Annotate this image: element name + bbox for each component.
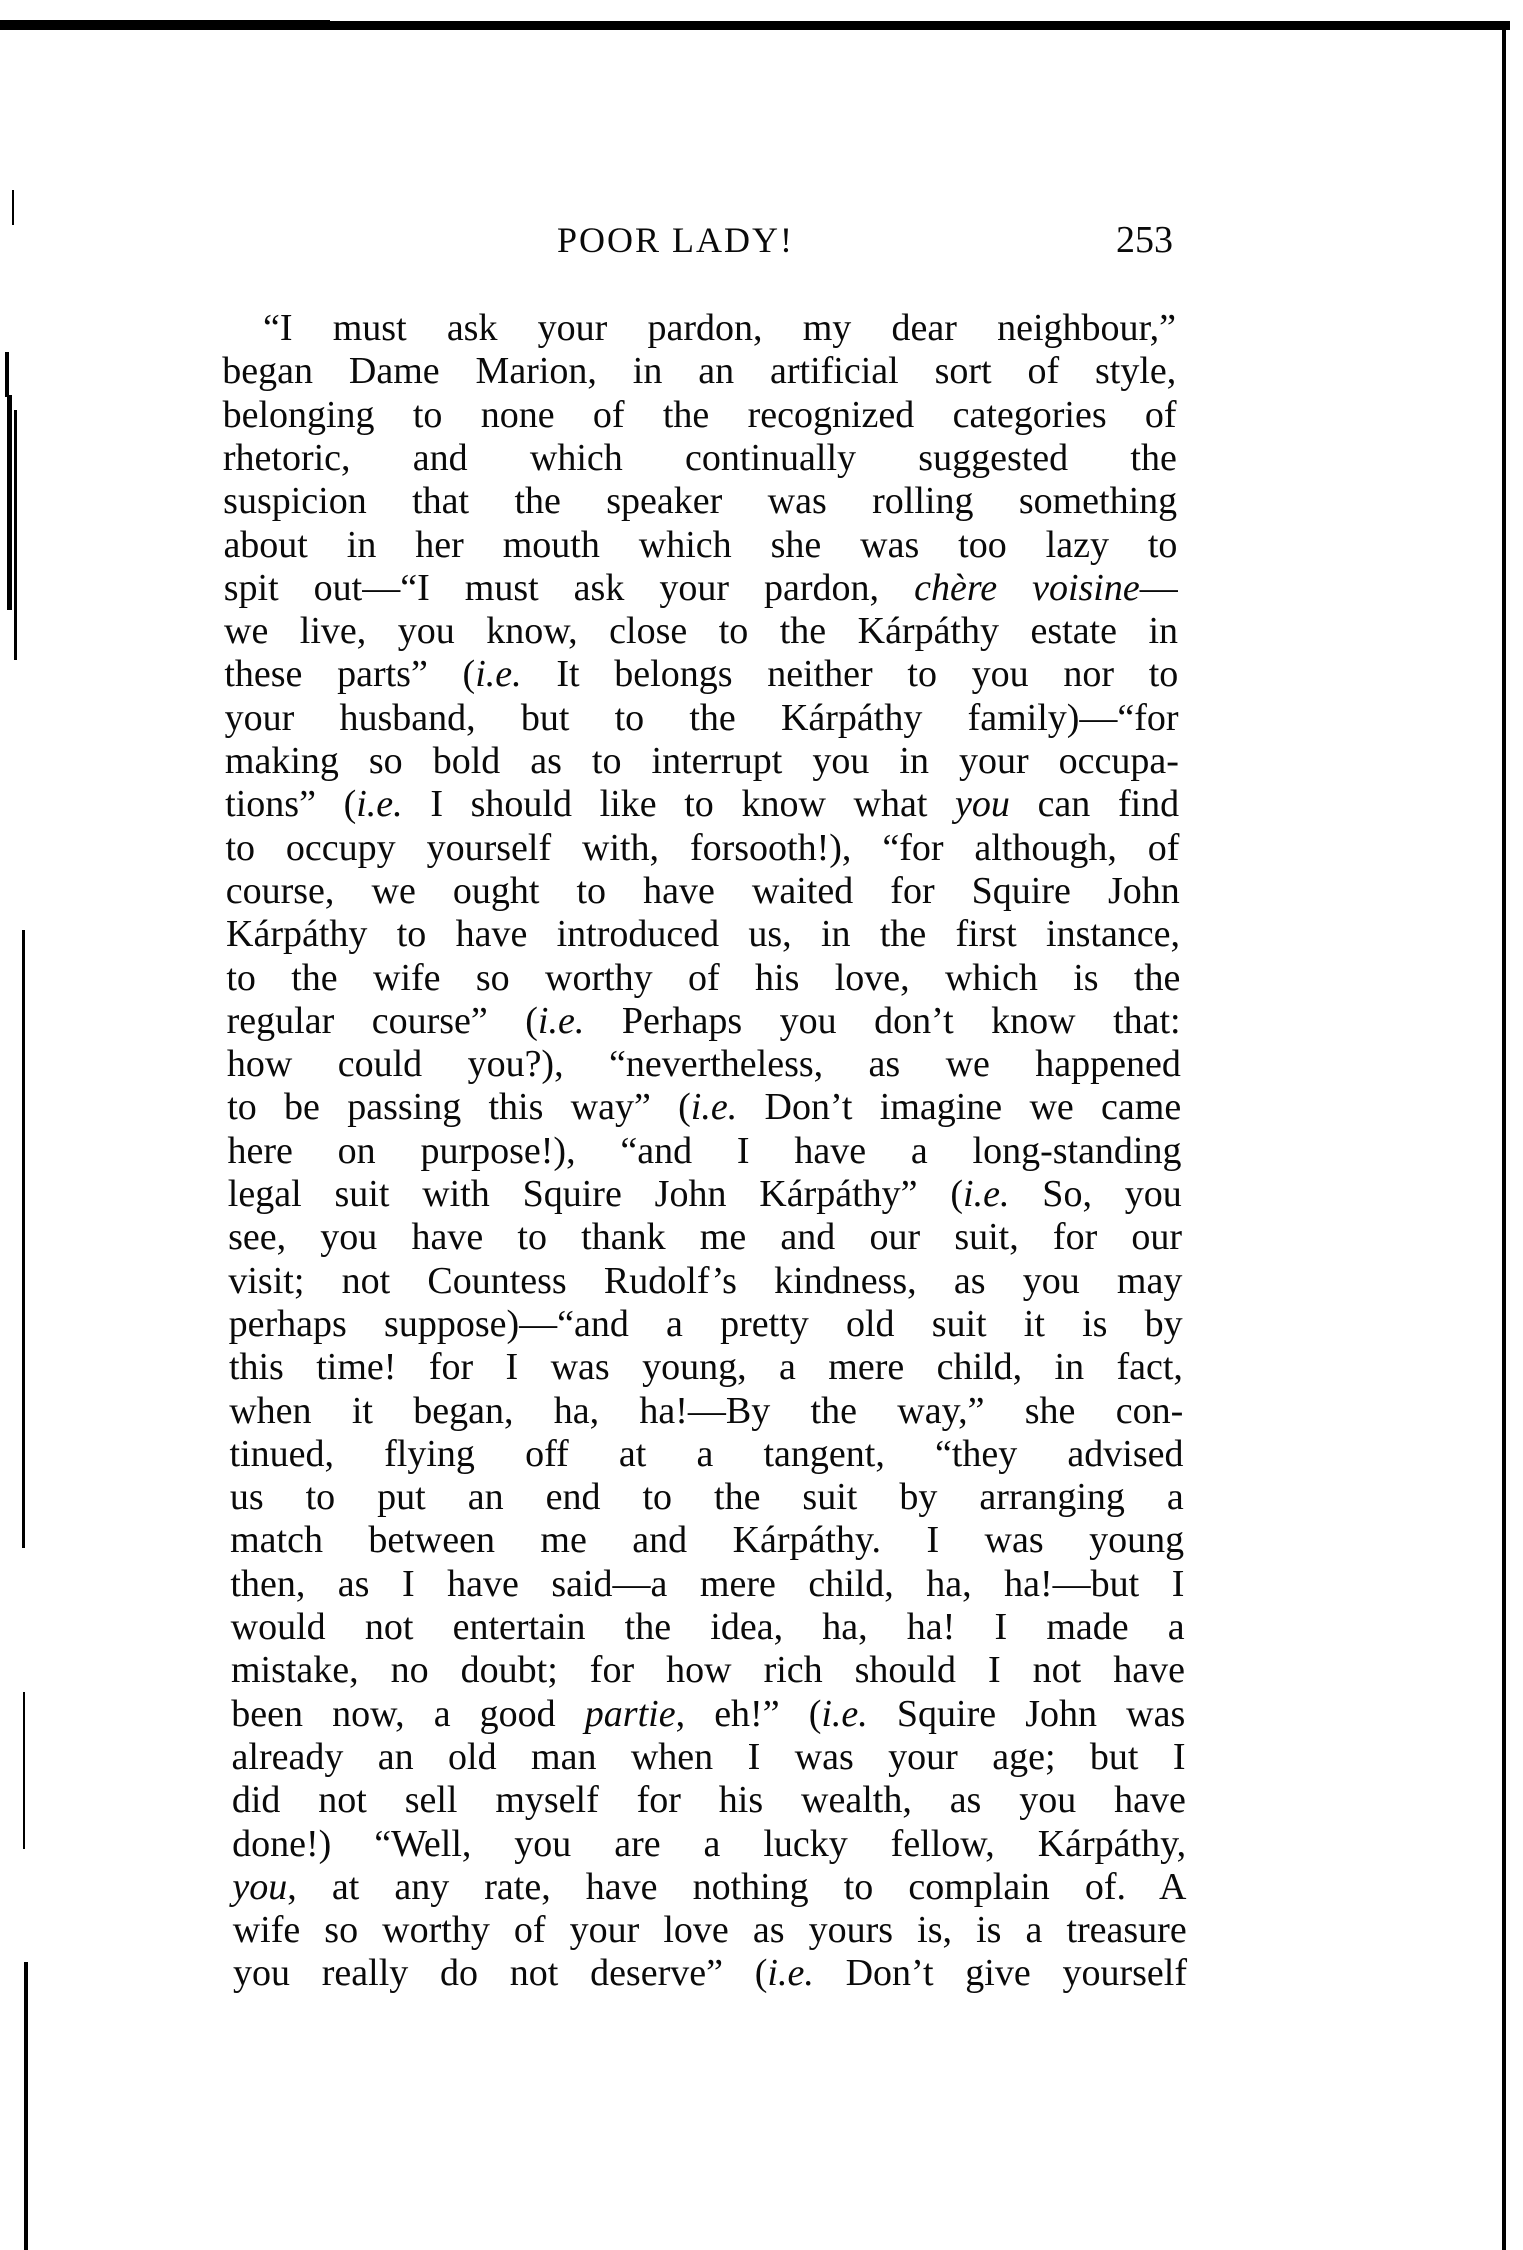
italic-text: i.e.: [691, 1086, 737, 1128]
text-run: —: [1140, 567, 1178, 609]
text-line: rhetoric, and which continually suggeste…: [223, 436, 1177, 480]
text-run: you really do not deserve” (: [233, 1952, 767, 1994]
text-line: visit; not Countess Rudolf’s kindness, a…: [228, 1259, 1182, 1303]
text-run: did not sell myself for his wealth, as y…: [232, 1779, 1186, 1821]
text-line: did not sell myself for his wealth, as y…: [232, 1778, 1186, 1822]
text-run: this time! for I was young, a mere child…: [229, 1346, 1183, 1388]
text-line: your husband, but to the Kárpáthy family…: [225, 696, 1179, 740]
text-line: already an old man when I was your age; …: [232, 1735, 1186, 1779]
text-run: regular course” (: [227, 1000, 538, 1042]
text-line: began Dame Marion, in an artificial sort…: [222, 349, 1176, 393]
text-run: see, you have to thank me and our suit, …: [228, 1216, 1182, 1258]
text-line: you really do not deserve” (i.e. Don’t g…: [233, 1951, 1187, 1995]
text-run: us to put an end to the suit by arrangin…: [230, 1476, 1184, 1518]
text-line: us to put an end to the suit by arrangin…: [230, 1475, 1184, 1519]
text-run: perhaps suppose)—“and a pretty old suit …: [229, 1303, 1183, 1345]
text-run: how could you?), “nevertheless, as we ha…: [227, 1043, 1181, 1085]
text-line: to the wife so worthy of his love, which…: [226, 956, 1180, 1000]
text-run: “I must ask your pardon, my dear neighbo…: [263, 307, 1176, 349]
text-line: Kárpáthy to have introduced us, in the f…: [226, 912, 1180, 956]
text-line: how could you?), “nevertheless, as we ha…: [227, 1042, 1181, 1086]
italic-text: chère voisine: [914, 567, 1140, 609]
text-line: to occupy yourself with, forsooth!), “fo…: [225, 826, 1179, 870]
italic-text: i.e.: [475, 653, 521, 695]
text-run: can find: [1010, 783, 1179, 825]
text-run: these parts” (: [224, 653, 475, 695]
italic-text: i.e.: [963, 1173, 1009, 1215]
text-run: would not entertain the idea, ha, ha! I …: [231, 1606, 1185, 1648]
text-line: been now, a good partie, eh!” (i.e. Squi…: [231, 1692, 1185, 1736]
text-run: then, as I have said—a mere child, ha, h…: [230, 1563, 1184, 1605]
italic-text: you: [955, 783, 1010, 825]
text-run: tions” (: [225, 783, 356, 825]
text-run: been now, a good: [231, 1693, 585, 1735]
text-run: done!) “Well, you are a lucky fellow, Ká…: [232, 1823, 1186, 1865]
text-line: we live, you know, close to the Kárpáthy…: [224, 609, 1178, 653]
italic-text: i.e.: [356, 783, 402, 825]
text-line: when it began, ha, ha!—By the way,” she …: [229, 1389, 1183, 1433]
text-line: here on purpose!), “and I have a long-st…: [228, 1129, 1182, 1173]
text-line: this time! for I was young, a mere child…: [229, 1345, 1183, 1389]
italic-text: i.e.: [538, 1000, 584, 1042]
text-line: then, as I have said—a mere child, ha, h…: [230, 1562, 1184, 1606]
text-run: to be passing this way” (: [227, 1086, 691, 1128]
text-run: , eh!” (: [676, 1693, 822, 1735]
text-run: Kárpáthy to have introduced us, in the f…: [226, 913, 1180, 955]
text-run: about in her mouth which she was too laz…: [223, 524, 1177, 566]
text-run: , at any rate, have nothing to complain …: [287, 1866, 1186, 1908]
book-page: POOR LADY! 253 “I must ask your pardon, …: [0, 0, 1523, 2250]
text-line: done!) “Well, you are a lucky fellow, Ká…: [232, 1822, 1186, 1866]
text-line: would not entertain the idea, ha, ha! I …: [231, 1605, 1185, 1649]
text-run: rhetoric, and which continually suggeste…: [223, 437, 1177, 479]
text-line: mistake, no doubt; for how rich should I…: [231, 1648, 1185, 1692]
text-run: legal suit with Squire John Kárpáthy” (: [228, 1173, 963, 1215]
italic-text: you: [232, 1866, 287, 1908]
text-line: spit out—“I must ask your pardon, chère …: [224, 566, 1178, 610]
text-run: tinued, flying off at a tangent, “they a…: [230, 1433, 1184, 1475]
text-run: wife so worthy of your love as yours is,…: [233, 1909, 1187, 1951]
text-run: when it began, ha, ha!—By the way,” she …: [229, 1390, 1183, 1432]
italic-text: i.e.: [767, 1952, 813, 1994]
text-line: to be passing this way” (i.e. Don’t imag…: [227, 1085, 1181, 1129]
text-run: suspicion that the speaker was rolling s…: [223, 480, 1177, 522]
text-run: Don’t imagine we came: [737, 1086, 1181, 1128]
text-run: course, we ought to have waited for Squi…: [226, 870, 1180, 912]
text-run: It belongs neither to you nor to: [522, 653, 1179, 695]
text-run: Squire John was: [868, 1693, 1185, 1735]
text-run: spit out—“I must ask your pardon,: [224, 567, 914, 609]
text-line: course, we ought to have waited for Squi…: [226, 869, 1180, 913]
italic-text: i.e.: [821, 1693, 867, 1735]
text-run: to the wife so worthy of his love, which…: [226, 957, 1180, 999]
text-line: belonging to none of the recognized cate…: [223, 393, 1177, 437]
text-run: here on purpose!), “and I have a long-st…: [228, 1130, 1182, 1172]
text-run: making so bold as to interrupt you in yo…: [225, 740, 1179, 782]
text-run: I should like to know what: [403, 783, 955, 825]
text-line: about in her mouth which she was too laz…: [223, 523, 1177, 567]
text-run: belonging to none of the recognized cate…: [223, 394, 1177, 436]
text-run: So, you: [1009, 1173, 1181, 1215]
text-line: tinued, flying off at a tangent, “they a…: [230, 1432, 1184, 1476]
text-line: making so bold as to interrupt you in yo…: [225, 739, 1179, 783]
text-run: we live, you know, close to the Kárpáthy…: [224, 610, 1178, 652]
text-run: mistake, no doubt; for how rich should I…: [231, 1649, 1185, 1691]
text-line: regular course” (i.e. Perhaps you don’t …: [227, 999, 1181, 1043]
text-line: legal suit with Squire John Kárpáthy” (i…: [228, 1172, 1182, 1216]
text-run: Perhaps you don’t know that:: [584, 1000, 1180, 1042]
text-line: suspicion that the speaker was rolling s…: [223, 479, 1177, 523]
text-run: Don’t give yourself: [814, 1952, 1187, 1994]
text-line: match between me and Kárpáthy. I was you…: [230, 1518, 1184, 1562]
italic-text: partie: [585, 1693, 676, 1735]
text-line: perhaps suppose)—“and a pretty old suit …: [229, 1302, 1183, 1346]
text-line: see, you have to thank me and our suit, …: [228, 1215, 1182, 1259]
text-run: match between me and Kárpáthy. I was you…: [230, 1519, 1184, 1561]
text-line: tions” (i.e. I should like to know what …: [225, 782, 1179, 826]
body-text: “I must ask your pardon, my dear neighbo…: [0, 0, 1523, 2250]
text-run: visit; not Countess Rudolf’s kindness, a…: [228, 1260, 1182, 1302]
text-run: already an old man when I was your age; …: [232, 1736, 1186, 1778]
text-line: “I must ask your pardon, my dear neighbo…: [263, 306, 1176, 350]
text-line: these parts” (i.e. It belongs neither to…: [224, 652, 1178, 696]
text-run: to occupy yourself with, forsooth!), “fo…: [225, 827, 1179, 869]
text-run: began Dame Marion, in an artificial sort…: [222, 350, 1176, 392]
text-run: your husband, but to the Kárpáthy family…: [225, 697, 1179, 739]
text-line: wife so worthy of your love as yours is,…: [233, 1908, 1187, 1952]
text-line: you, at any rate, have nothing to compla…: [232, 1865, 1186, 1909]
